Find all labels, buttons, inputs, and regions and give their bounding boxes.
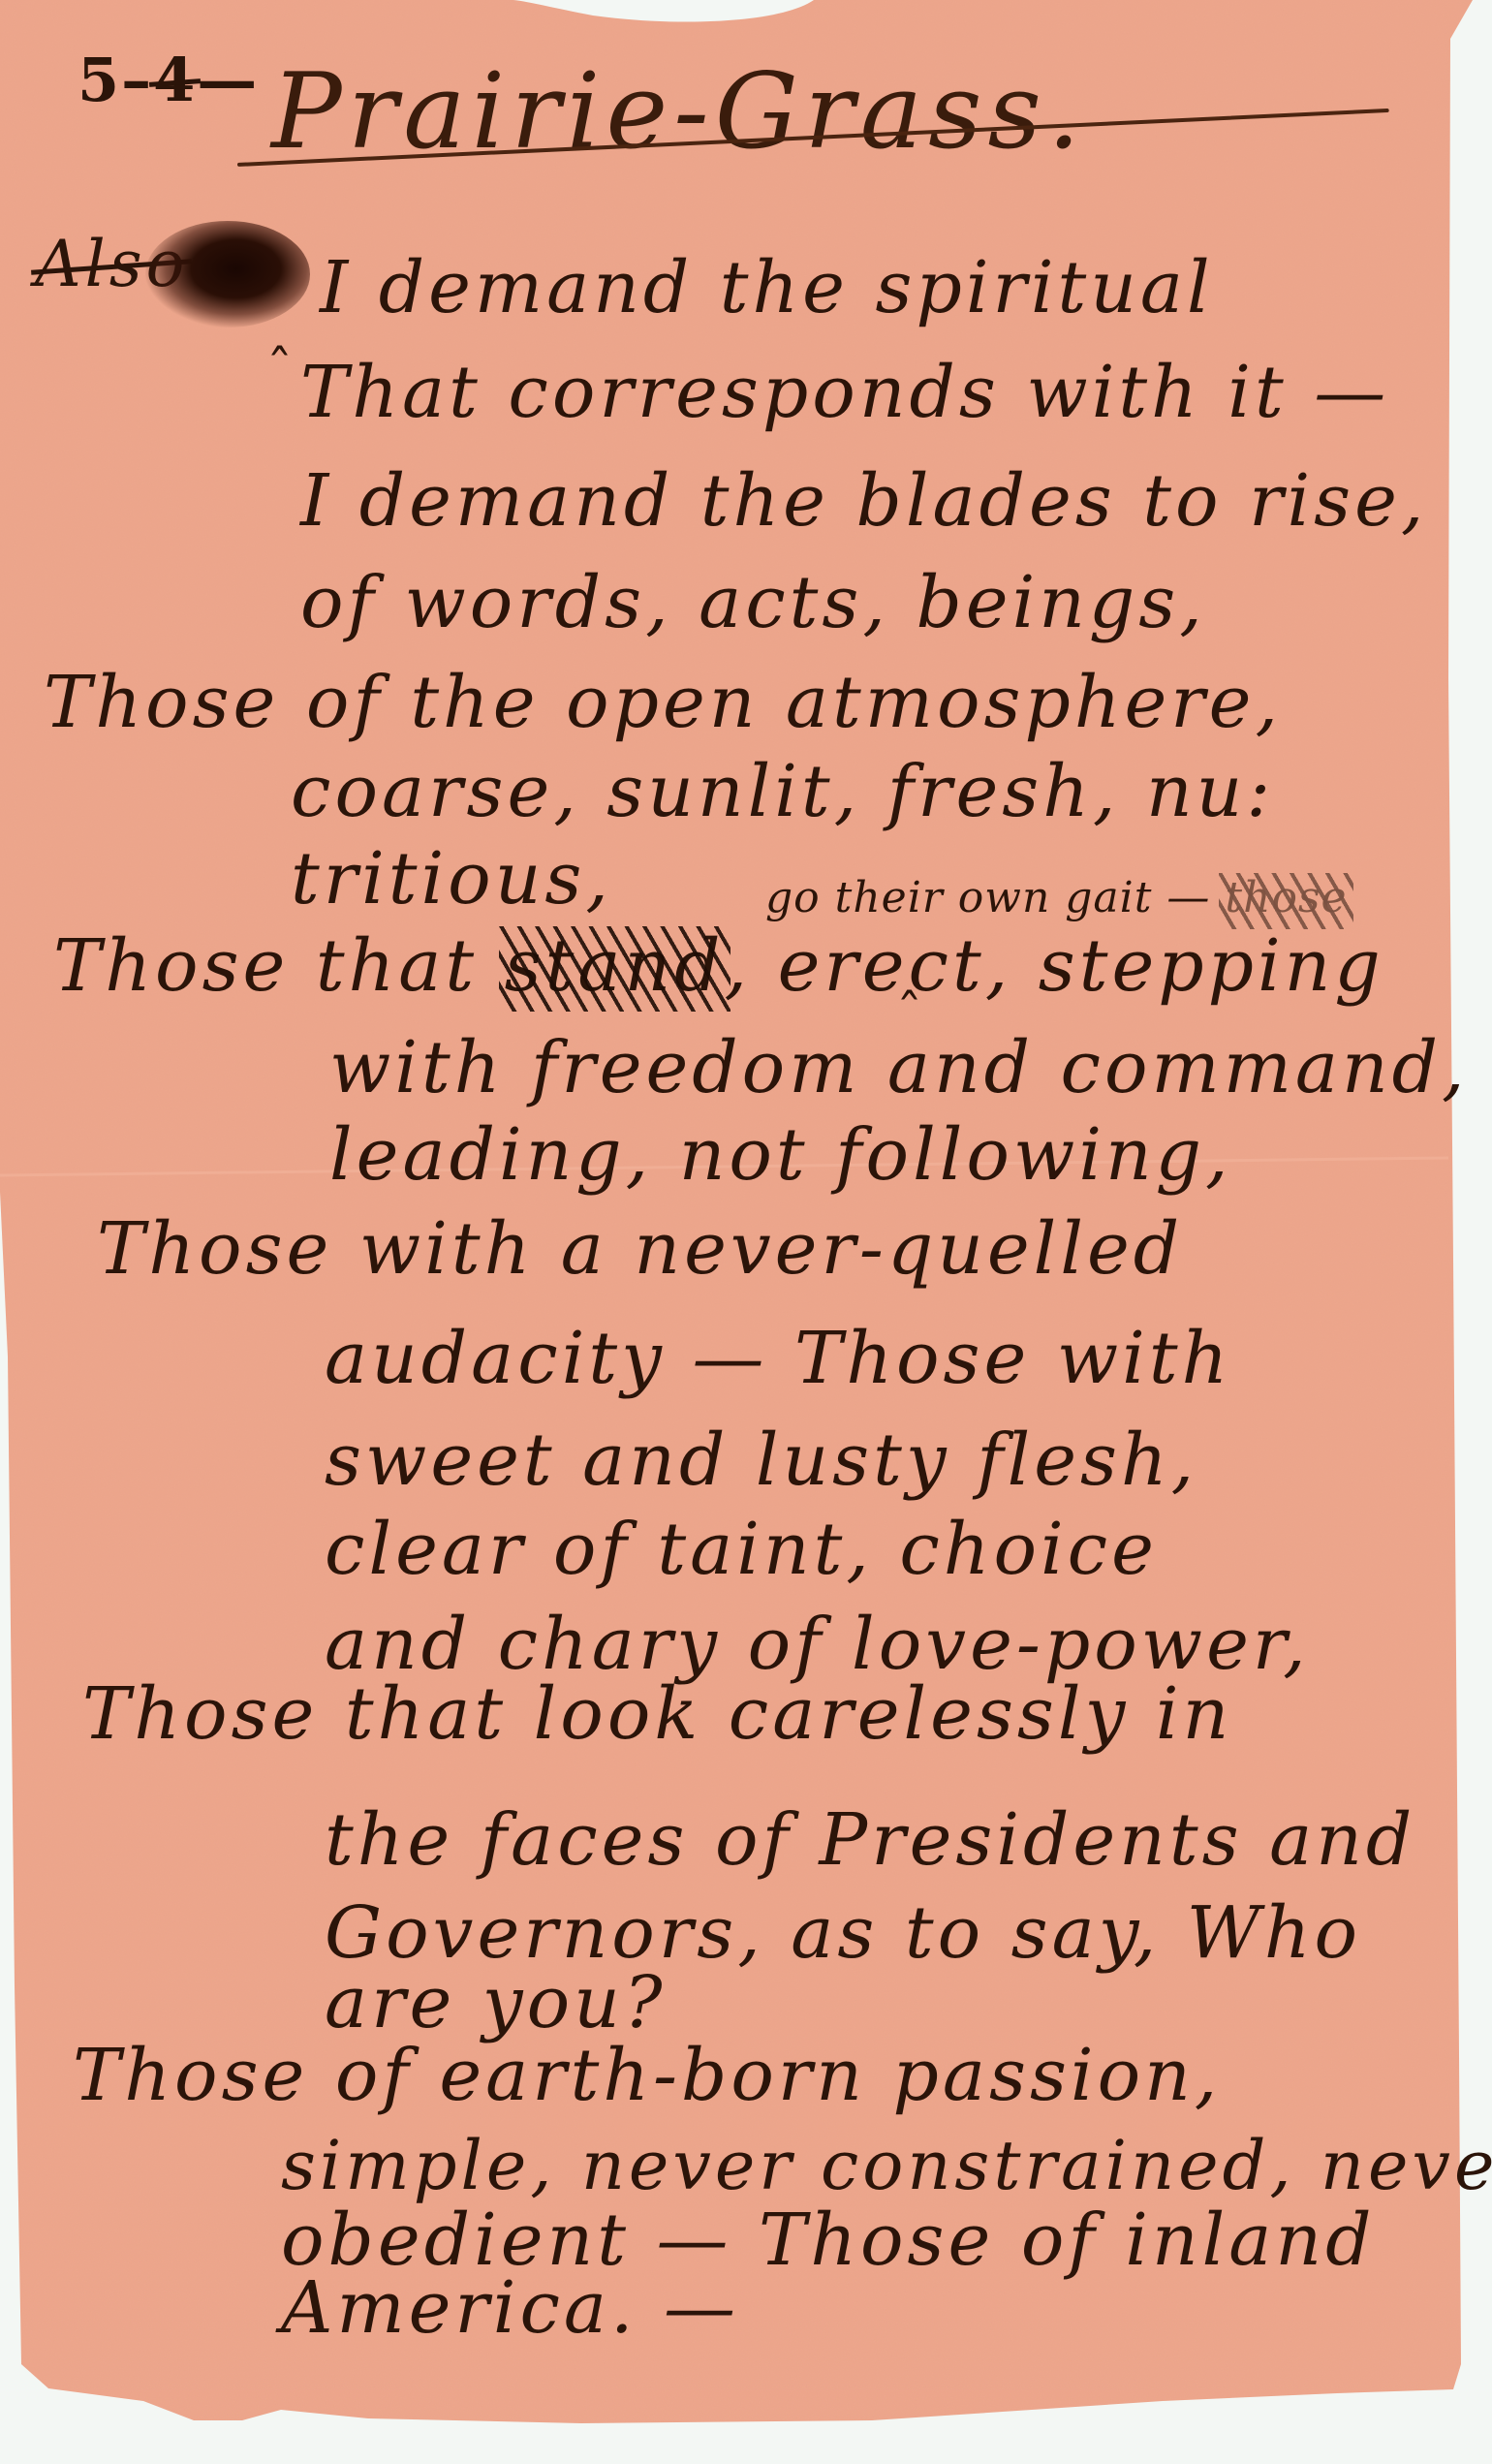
line-22: obedient — Those of inland — [281, 2204, 1375, 2276]
interlinear-insertion: go their own gait — those — [765, 877, 1348, 920]
line-16: Those that look carelessly in — [82, 1678, 1232, 1750]
line-19: are you? — [325, 1967, 667, 2039]
manuscript-page: 5–4— Prairie-Grass. Also I demand the sp… — [0, 0, 1492, 2464]
line-20: Those of earth-born passion, — [73, 2040, 1221, 2111]
line-18: Governors, as to say, Who — [325, 1897, 1361, 1969]
line-17: the faces of Presidents and — [325, 1804, 1415, 1876]
line-14: clear of taint, choice — [325, 1513, 1158, 1585]
manuscript-title: Prairie-Grass. — [271, 60, 1086, 165]
insertion-struck-pencil: those — [1225, 877, 1347, 920]
line-10: leading, not following, — [329, 1119, 1232, 1191]
line-21: simple, never constrained, never — [281, 2132, 1492, 2199]
line-5: Those of the open atmosphere, — [44, 667, 1282, 738]
line-3: I demand the blades to rise, — [300, 465, 1427, 537]
page-number-current: 5 — [78, 45, 121, 115]
insertion-text: go their own gait — — [765, 873, 1210, 922]
line-9: with freedom and command, — [329, 1032, 1469, 1104]
line-2: That corresponds with it — — [300, 357, 1389, 428]
struck-word-stand: stand — [505, 930, 725, 1002]
page-number: 5–4— — [78, 50, 259, 110]
ink-blot — [145, 221, 310, 327]
line-13: sweet and lusty flesh, — [325, 1424, 1197, 1496]
line-4: of words, acts, beings, — [300, 567, 1206, 639]
line-11: Those with a never-quelled — [97, 1213, 1183, 1285]
caret-mark: ˆ — [266, 339, 293, 400]
line-15: and chary of love-power, — [325, 1608, 1310, 1680]
line-23: America. — — [281, 2272, 739, 2344]
line-8: Those that stand, erect, stepping — [53, 930, 1384, 1002]
line-6: coarse, sunlit, fresh, nu: — [291, 756, 1274, 827]
line-7: tritious, — [291, 843, 612, 915]
line-1: I demand the spiritual — [320, 252, 1214, 324]
line-12: audacity — Those with — [325, 1323, 1231, 1394]
page-number-struck: 4 — [153, 45, 197, 115]
